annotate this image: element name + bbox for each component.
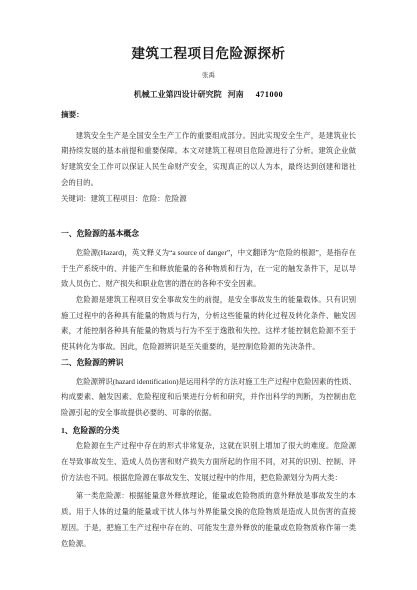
section-identification: 二、危险源的辨识 危险源辨识(hazard identification)是运用… (61, 355, 356, 421)
affiliation-line: 机械工业第四设计研究院河南471000 (61, 89, 356, 100)
paragraph: 第一类危险源：根据能量意外释放理论，能量或危险物质的意外释放是事故发生的本质。用… (61, 488, 356, 551)
affiliation-region: 河南 (228, 90, 244, 99)
keywords-line: 关键词：建筑工程项目：危险：危险源 (61, 191, 356, 207)
affiliation: 机械工业第四设计研究院 (134, 90, 222, 99)
paragraph: 危险源是建筑工程项目安全事故发生的前提，是安全事故发生的能量载体。只有识别施工过… (61, 292, 356, 355)
author-name: 张禹 (61, 71, 356, 81)
paragraph: 危险源在生产过程中存在的形式非常复杂，这就在识别上增加了很大的难度。危险源在导致… (61, 438, 356, 485)
section-heading: 1、危险源的分类 (61, 423, 356, 439)
abstract-text: 建筑安全生产是全国安全生产工作的重要组成部分。因此实现安全生产，是建筑业长期持续… (61, 128, 356, 191)
document-body: 摘要： 建筑安全生产是全国安全生产工作的重要组成部分。因此实现安全生产，是建筑业… (61, 107, 356, 551)
paragraph: 危险源辨识(hazard identification)是运用科学的方法对施工生… (61, 374, 356, 421)
section-classification: 1、危险源的分类 危险源在生产过程中存在的形式非常复杂，这就在识别上增加了很大的… (61, 423, 356, 552)
paper-title: 建筑工程项目危险源探析 (61, 44, 356, 64)
section-heading: 二、危险源的辨识 (61, 355, 356, 371)
keywords-label: 关键词： (61, 194, 91, 203)
paragraph: 危险源(Hazard)，英文释义为“a source of danger”，中文… (61, 245, 356, 292)
affiliation-postcode: 471000 (256, 90, 284, 99)
section-basic-concepts: 一、危险源的基本概念 危险源(Hazard)，英文释义为“a source of… (61, 226, 356, 355)
document-page: 建筑工程项目危险源探析 张禹 机械工业第四设计研究院河南471000 摘要： 建… (0, 0, 417, 590)
section-heading: 一、危险源的基本概念 (61, 226, 356, 242)
abstract-label: 摘要： (61, 107, 356, 123)
keywords-text: 建筑工程项目：危险：危险源 (91, 194, 187, 203)
